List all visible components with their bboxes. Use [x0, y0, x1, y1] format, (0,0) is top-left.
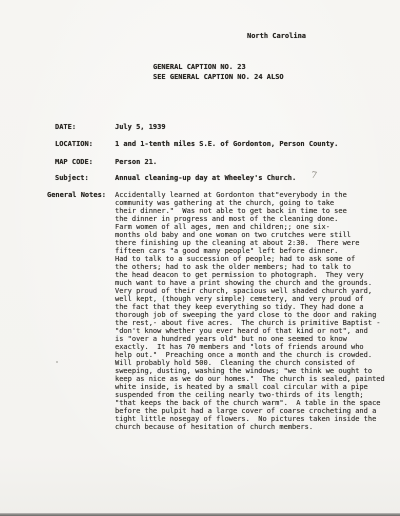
- map-code-field-row: MAP CODE: Person 21.: [0, 158, 400, 168]
- location-field-row: LOCATION: 1 and 1-tenth miles S.E. of Go…: [0, 140, 400, 150]
- date-field-row: DATE: July 5, 1939: [0, 123, 400, 133]
- scanned-caption-sheet: North Carolina GENERAL CAPTION NO. 23 SE…: [0, 0, 400, 516]
- general-caption-number: GENERAL CAPTION NO. 23: [153, 62, 284, 72]
- state-heading: North Carolina: [247, 32, 306, 40]
- map-code-value: Person 21.: [115, 158, 157, 166]
- subject-value: Annual cleaning-up day at Wheeley's Chur…: [115, 174, 296, 182]
- subject-label: Subject:: [55, 174, 89, 182]
- location-value: 1 and 1-tenth miles S.E. of Gordonton, P…: [115, 140, 338, 148]
- location-label: LOCATION:: [55, 140, 93, 148]
- general-notes-text: Accidentally learned at Gordonton that"e…: [115, 191, 385, 431]
- subject-field-row: Subject: Annual cleaning-up day at Wheel…: [0, 174, 400, 184]
- map-code-label: MAP CODE:: [55, 158, 93, 166]
- scan-artifact-speck: [56, 361, 58, 363]
- see-also-caption-number: SEE GENERAL CAPTION NO. 24 ALSO: [153, 72, 284, 82]
- date-value: July 5, 1939: [115, 123, 166, 131]
- general-notes-label: General Notes:: [47, 191, 106, 199]
- date-label: DATE:: [55, 123, 76, 131]
- general-caption-header: GENERAL CAPTION NO. 23 SEE GENERAL CAPTI…: [153, 62, 284, 82]
